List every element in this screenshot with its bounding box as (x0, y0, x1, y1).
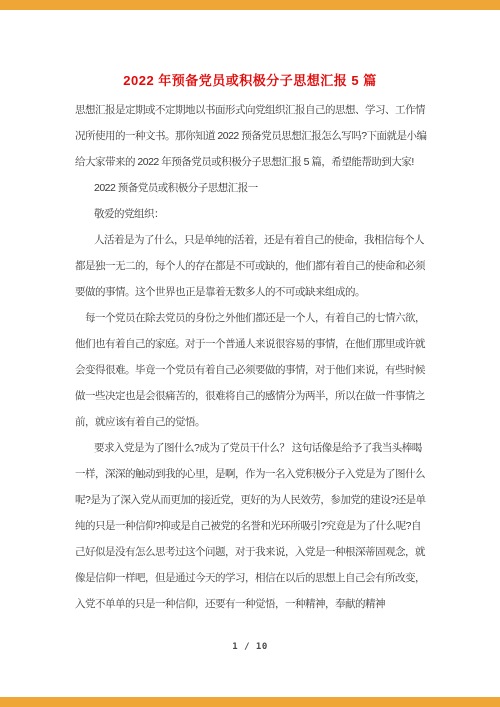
body-line: 人活着是为了什么，只是单纯的活着，还是有着自己的使命，我相信每个人 (75, 227, 427, 253)
document-page: 2022 年预备党员或积极分子思想汇报 5 篇 思想汇报是定期或不定期地以书面形… (0, 0, 500, 707)
body-line: 要求入党是为了图什么?成为了党员干什么？ 这句话像是给予了我当头棒喝 (75, 435, 427, 461)
document-body: 思想汇报是定期或不定期地以书面形式向党组织汇报自己的思想、学习、工作情况所使用的… (75, 97, 427, 617)
top-border-bar (0, 0, 500, 10)
body-line: 呢?是为了深入党从而更加的接近党，更好的为人民效劳，参加党的建设?还是单 (75, 487, 427, 513)
body-line: 都是独一无二的，每个人的存在都是不可或缺的，他们都有着自己的使命和必须 (75, 253, 427, 279)
body-line: 一样，深深的触动到我的心里，是啊，作为一名入党积极分子入党是为了图什么 (75, 461, 427, 487)
body-line: 像是信仰一样吧，但是通过今天的学习，相信在以后的思想上自己会有所改变， (75, 565, 427, 591)
body-line: 每一个党员在除去党员的身份之外他们都还是一个人，有着自己的七情六欲， (75, 305, 427, 331)
body-line: 敬爱的党组织： (75, 201, 427, 227)
body-line: 入党不单单的只是一种信仰，还要有一种觉悟，一种精神，奉献的精神 (75, 591, 427, 617)
body-line: 他们也有着自己的家庭。对于一个普通人来说很容易的事情，在他们那里或许就 (75, 331, 427, 357)
body-line: 给大家带来的 2022 年预备党员或积极分子思想汇报 5 篇，希望能帮助到大家! (75, 149, 427, 175)
body-line: 2022 预备党员或积极分子思想汇报一 (75, 175, 427, 201)
bottom-border-bar (0, 697, 500, 707)
page-number: 1 / 10 (0, 640, 500, 654)
body-line: 纯的只是一种信仰?抑或是自己被党的名誉和光环所吸引?究竟是为了什么呢?自 (75, 513, 427, 539)
body-line: 思想汇报是定期或不定期地以书面形式向党组织汇报自己的思想、学习、工作情 (75, 97, 427, 123)
body-line: 前，就应该有着自己的觉悟。 (75, 409, 427, 435)
body-line: 己好似是没有怎么思考过这个问题，对于我来说，入党是一种根深蒂固观念，就 (75, 539, 427, 565)
body-line: 会变得很难。毕竟一个党员有着自己必须要做的事情，对于他们来说，有些时候 (75, 357, 427, 383)
document-title: 2022 年预备党员或积极分子思想汇报 5 篇 (0, 71, 500, 91)
body-line: 要做的事情。这个世界也正是靠着无数多人的不可或缺来组成的。 (75, 279, 427, 305)
body-line: 况所使用的一种文书。那你知道 2022 预备党员思想汇报怎么写吗?下面就是小编 (75, 123, 427, 149)
body-line: 做一些决定也是会很痛苦的，很难将自己的感情分为两半，所以在做一件事情之 (75, 383, 427, 409)
